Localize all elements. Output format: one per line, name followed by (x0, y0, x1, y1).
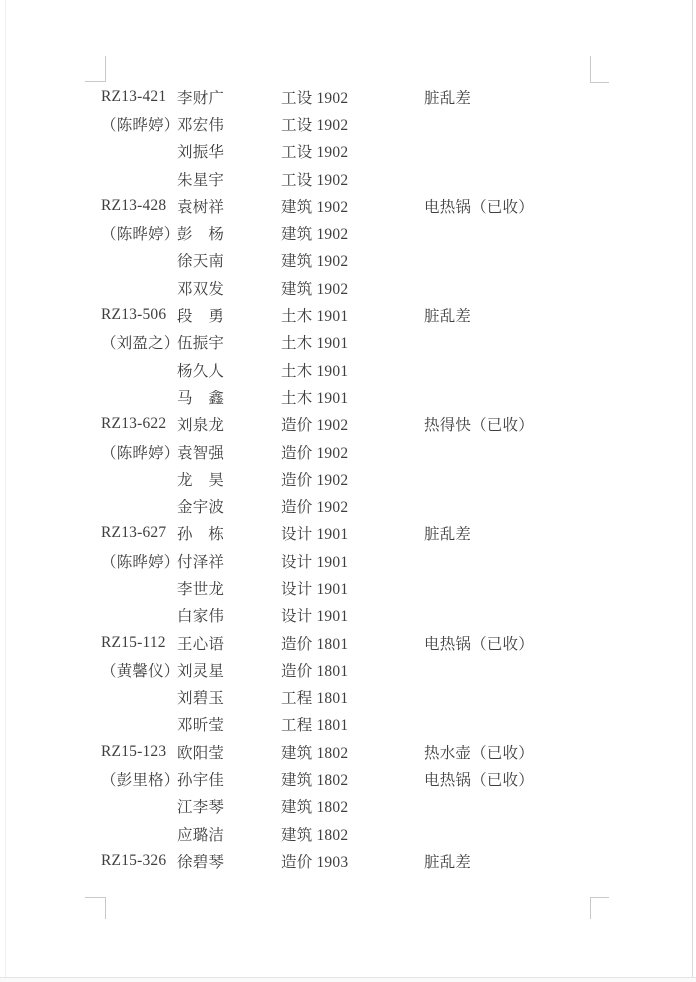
class-cell: 建筑 1802 (281, 795, 348, 817)
table-row: （陈晔婷） 邓宏伟 工设 1902 (0, 110, 696, 137)
table-row: 杨久人 土木 1901 (0, 356, 696, 383)
student-name-cell: 李财广 (177, 86, 224, 108)
class-cell: 土木 1901 (281, 331, 348, 353)
class-cell: 土木 1901 (281, 386, 348, 408)
student-name-cell: 杨久人 (177, 359, 224, 381)
class-cell: 造价 1902 (281, 495, 348, 517)
crop-mark-bottom-left (85, 897, 106, 919)
remark-cell: 热水壶（已收） (424, 741, 534, 763)
student-name-cell: 刘振华 (177, 140, 224, 162)
student-name-cell: 伍振宇 (177, 331, 224, 353)
student-name-cell: 徐碧琴 (177, 850, 224, 872)
table-row: RZ13-622 刘泉龙 造价 1902 热得快（已收） (0, 411, 696, 438)
remark-cell: 电热锅（已收） (424, 632, 534, 654)
room-or-inspector-cell: （黄馨仪） (101, 659, 180, 681)
table-row: （刘盈之） 伍振宇 土木 1901 (0, 329, 696, 356)
room-or-inspector-cell: RZ13-627 (101, 524, 166, 542)
student-name-cell: 李世龙 (177, 577, 224, 599)
class-cell: 造价 1902 (281, 441, 348, 463)
room-or-inspector-cell: RZ15-123 (101, 743, 166, 761)
class-cell: 土木 1901 (281, 359, 348, 381)
class-cell: 建筑 1902 (281, 277, 348, 299)
class-cell: 造价 1801 (281, 659, 348, 681)
table-row: （陈晔婷） 付泽祥 设计 1901 (0, 547, 696, 574)
student-name-cell: 朱星宇 (177, 168, 224, 190)
class-cell: 造价 1903 (281, 850, 348, 872)
room-or-inspector-cell: （刘盈之） (101, 331, 180, 353)
room-or-inspector-cell: RZ13-506 (101, 306, 166, 324)
table-row: 马 鑫 土木 1901 (0, 383, 696, 410)
room-or-inspector-cell: （陈晔婷） (101, 222, 180, 244)
table-row: RZ15-123 欧阳莹 建筑 1802 热水壶（已收） (0, 738, 696, 765)
student-name-cell: 马 鑫 (177, 386, 224, 408)
remark-cell: 脏乱差 (424, 850, 471, 872)
class-cell: 工设 1902 (281, 140, 348, 162)
table-row: （陈晔婷） 袁智强 造价 1902 (0, 438, 696, 465)
table-row: RZ15-326 徐碧琴 造价 1903 脏乱差 (0, 847, 696, 874)
student-name-cell: 邓宏伟 (177, 113, 224, 135)
table-row: 刘碧玉 工程 1801 (0, 684, 696, 711)
table-row: 江李琴 建筑 1802 (0, 793, 696, 820)
class-cell: 建筑 1902 (281, 249, 348, 271)
table-row: （黄馨仪） 刘灵星 造价 1801 (0, 656, 696, 683)
table-row: 金宇波 造价 1902 (0, 492, 696, 519)
class-cell: 建筑 1902 (281, 195, 348, 217)
class-cell: 土木 1901 (281, 304, 348, 326)
table-row: （彭里格） 孙宇佳 建筑 1802 电热锅（已收） (0, 765, 696, 792)
class-cell: 工程 1801 (281, 686, 348, 708)
crop-mark-bottom-right (590, 897, 609, 919)
class-cell: 造价 1902 (281, 413, 348, 435)
table-row: RZ13-506 段 勇 土木 1901 脏乱差 (0, 301, 696, 328)
class-cell: 建筑 1902 (281, 222, 348, 244)
table-row: （陈晔婷） 彭 杨 建筑 1902 (0, 219, 696, 246)
student-name-cell: 袁智强 (177, 441, 224, 463)
room-or-inspector-cell: （彭里格） (101, 768, 180, 790)
student-name-cell: 孙宇佳 (177, 768, 224, 790)
room-or-inspector-cell: RZ15-112 (101, 634, 166, 652)
room-or-inspector-cell: （陈晔婷） (101, 550, 180, 572)
class-cell: 设计 1901 (281, 577, 348, 599)
room-or-inspector-cell: RZ15-326 (101, 852, 166, 870)
student-name-cell: 白家伟 (177, 604, 224, 626)
remark-cell: 电热锅（已收） (424, 768, 534, 790)
remark-cell: 热得快（已收） (424, 413, 534, 435)
remark-cell: 电热锅（已收） (424, 195, 534, 217)
student-name-cell: 应璐洁 (177, 823, 224, 845)
class-cell: 造价 1801 (281, 632, 348, 654)
student-name-cell: 欧阳莹 (177, 741, 224, 763)
table-row: 邓双发 建筑 1902 (0, 274, 696, 301)
student-name-cell: 袁树祥 (177, 195, 224, 217)
student-name-cell: 王心语 (177, 632, 224, 654)
room-or-inspector-cell: （陈晔婷） (101, 441, 180, 463)
class-cell: 设计 1901 (281, 522, 348, 544)
table-row: RZ13-421 李财广 工设 1902 脏乱差 (0, 83, 696, 110)
table-row: 刘振华 工设 1902 (0, 138, 696, 165)
class-cell: 造价 1902 (281, 468, 348, 490)
room-or-inspector-cell: （陈晔婷） (101, 113, 180, 135)
table-row: RZ15-112 王心语 造价 1801 电热锅（已收） (0, 629, 696, 656)
table-row: 徐天南 建筑 1902 (0, 247, 696, 274)
class-cell: 设计 1901 (281, 604, 348, 626)
remark-cell: 脏乱差 (424, 522, 471, 544)
document-page: RZ13-421 李财广 工设 1902 脏乱差 （陈晔婷） 邓宏伟 工设 19… (0, 0, 696, 982)
table-row: RZ13-627 孙 栋 设计 1901 脏乱差 (0, 520, 696, 547)
student-name-cell: 孙 栋 (177, 522, 224, 544)
class-cell: 设计 1901 (281, 550, 348, 572)
table-row: 应璐洁 建筑 1802 (0, 820, 696, 847)
rows-container: RZ13-421 李财广 工设 1902 脏乱差 （陈晔婷） 邓宏伟 工设 19… (0, 83, 696, 875)
table-row: 李世龙 设计 1901 (0, 574, 696, 601)
student-name-cell: 刘泉龙 (177, 413, 224, 435)
student-name-cell: 付泽祥 (177, 550, 224, 572)
crop-mark-top-left (85, 56, 106, 82)
page-below-strip (0, 978, 696, 982)
student-name-cell: 邓双发 (177, 277, 224, 299)
student-name-cell: 龙 昊 (177, 468, 224, 490)
student-name-cell: 江李琴 (177, 795, 224, 817)
student-name-cell: 刘灵星 (177, 659, 224, 681)
class-cell: 工程 1801 (281, 713, 348, 735)
student-name-cell: 金宇波 (177, 495, 224, 517)
table-row: 龙 昊 造价 1902 (0, 465, 696, 492)
student-name-cell: 邓昕莹 (177, 713, 224, 735)
crop-mark-top-right (590, 56, 609, 83)
room-or-inspector-cell: RZ13-622 (101, 415, 166, 433)
table-row: 邓昕莹 工程 1801 (0, 711, 696, 738)
table-row: RZ13-428 袁树祥 建筑 1902 电热锅（已收） (0, 192, 696, 219)
class-cell: 建筑 1802 (281, 741, 348, 763)
student-name-cell: 彭 杨 (177, 222, 224, 244)
remark-cell: 脏乱差 (424, 304, 471, 326)
class-cell: 建筑 1802 (281, 823, 348, 845)
room-or-inspector-cell: RZ13-421 (101, 88, 166, 106)
student-name-cell: 段 勇 (177, 304, 224, 326)
table-row: 白家伟 设计 1901 (0, 602, 696, 629)
student-name-cell: 刘碧玉 (177, 686, 224, 708)
class-cell: 工设 1902 (281, 86, 348, 108)
class-cell: 建筑 1802 (281, 768, 348, 790)
remark-cell: 脏乱差 (424, 86, 471, 108)
room-or-inspector-cell: RZ13-428 (101, 197, 166, 215)
student-name-cell: 徐天南 (177, 249, 224, 271)
table-row: 朱星宇 工设 1902 (0, 165, 696, 192)
class-cell: 工设 1902 (281, 113, 348, 135)
class-cell: 工设 1902 (281, 168, 348, 190)
